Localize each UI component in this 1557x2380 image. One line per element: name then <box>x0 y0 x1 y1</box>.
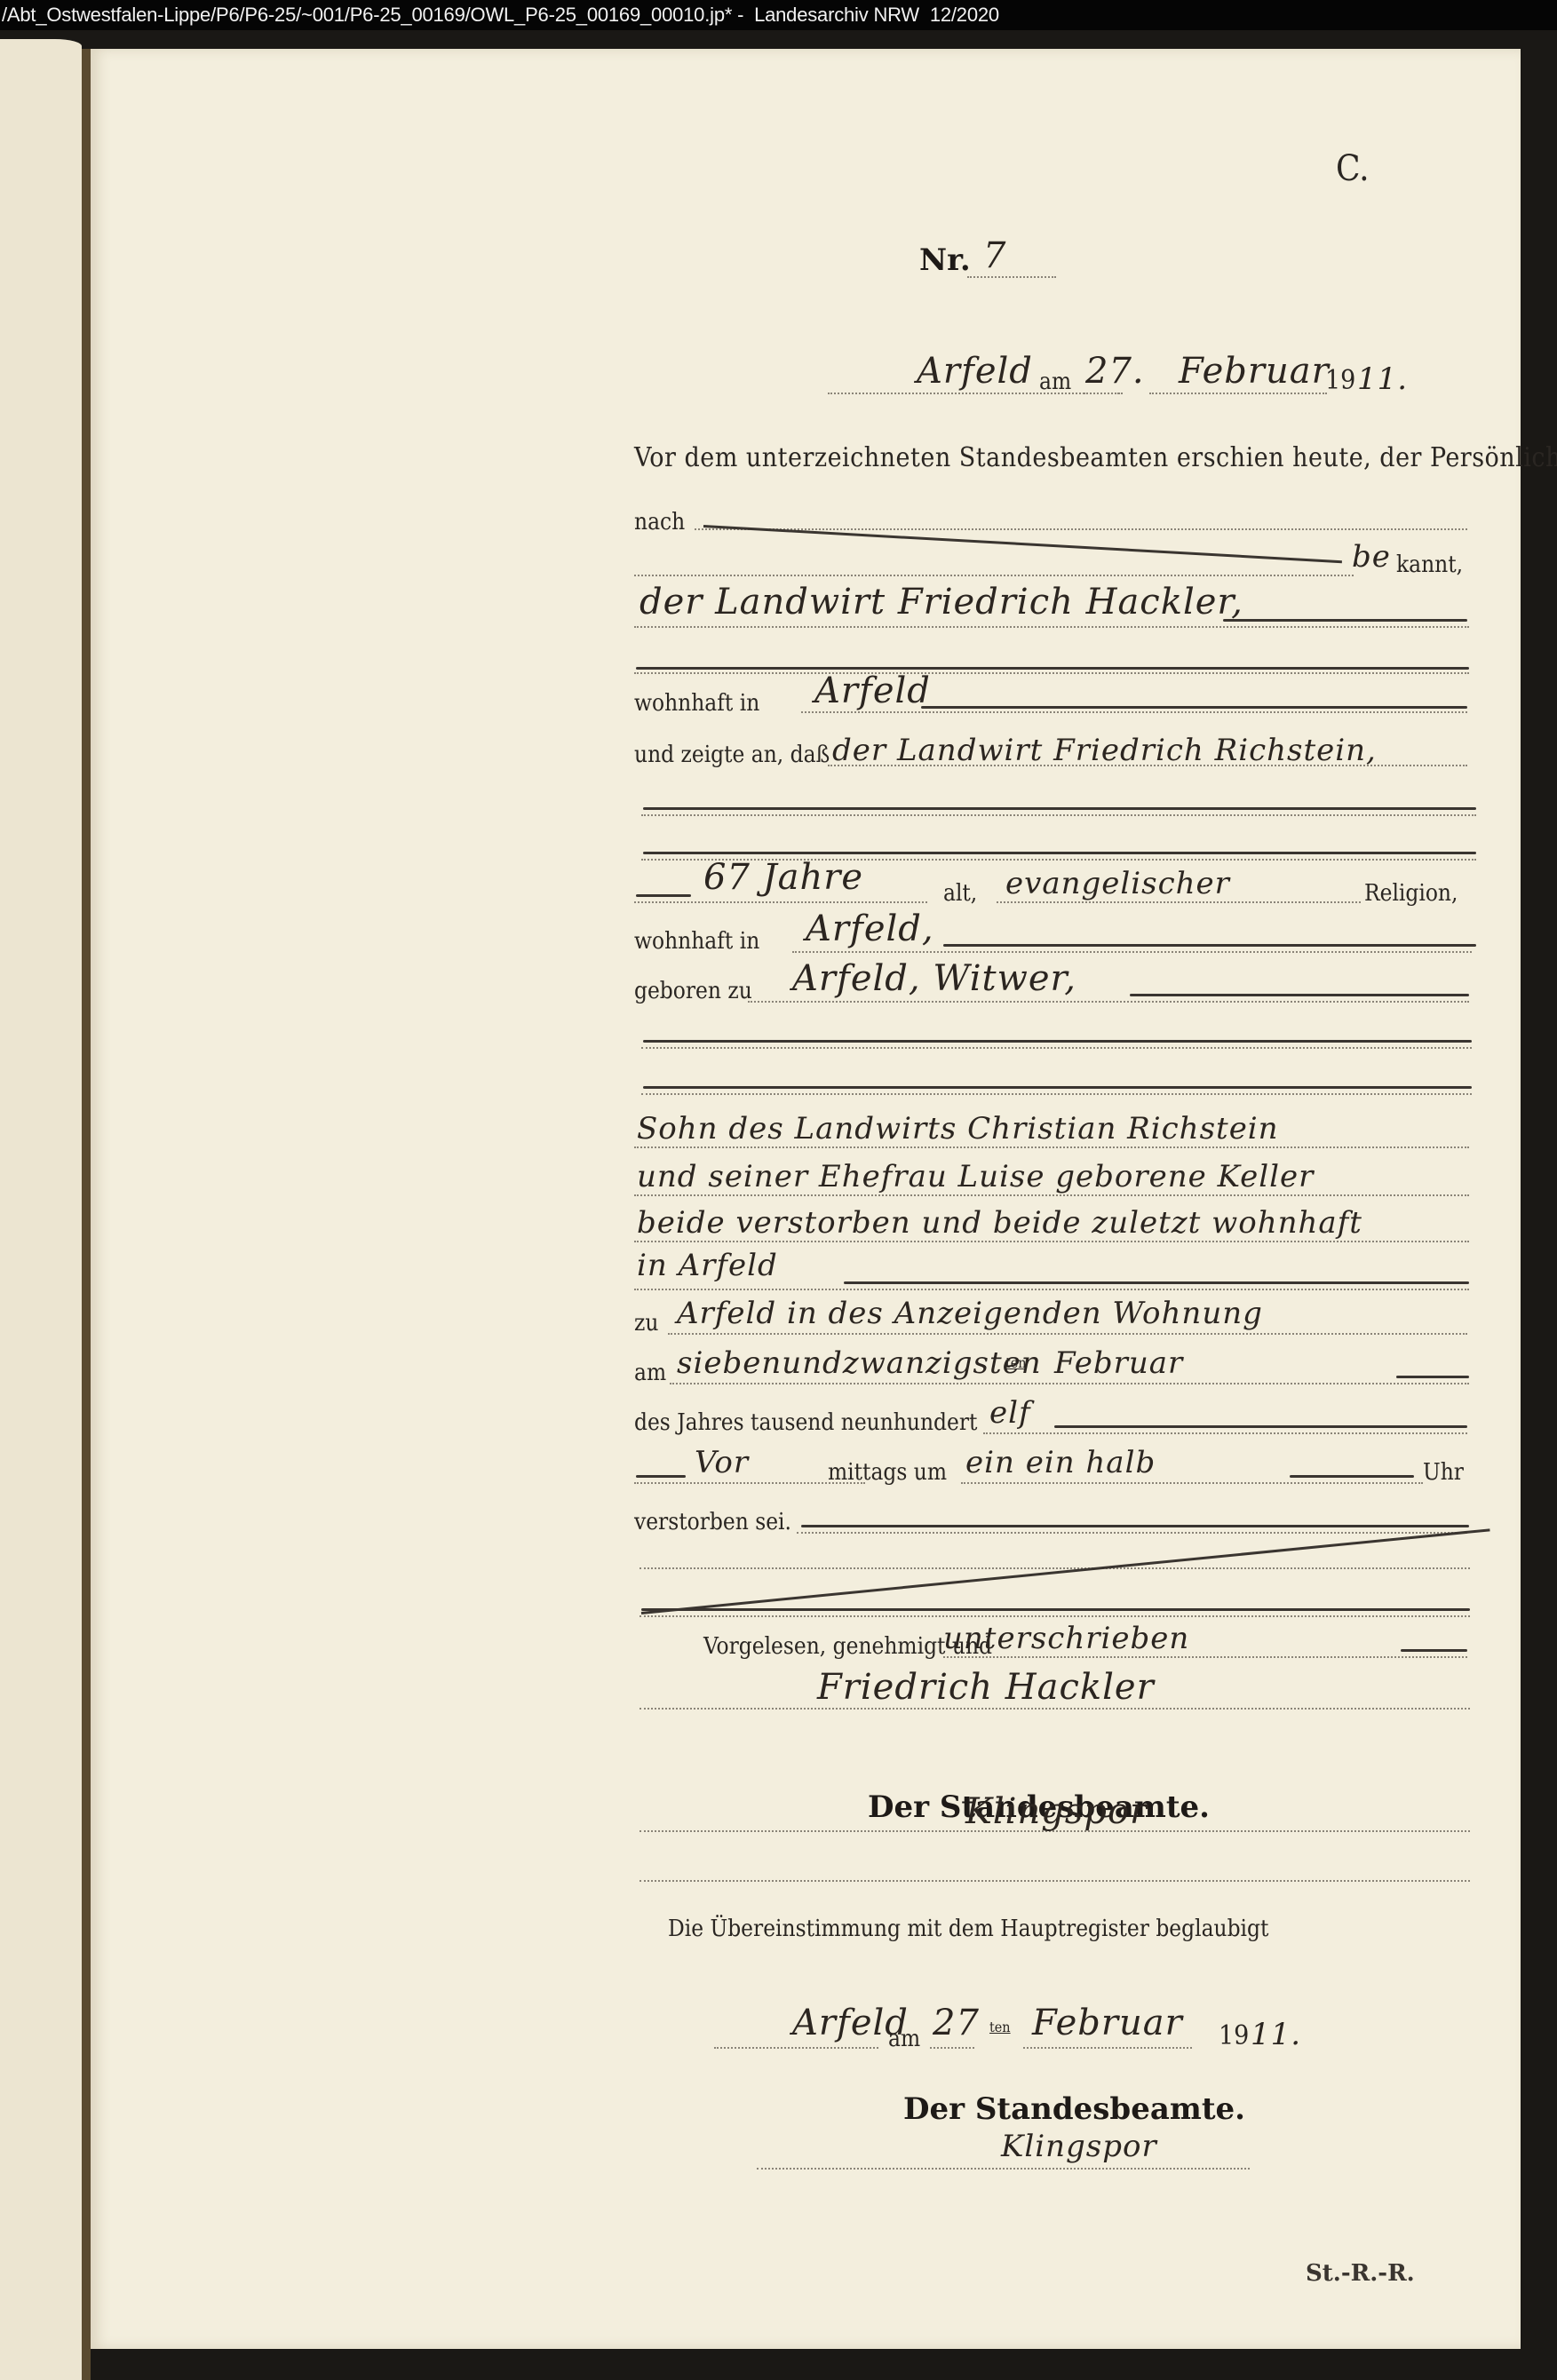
cert-am-label: am <box>888 2026 920 2052</box>
verstorben-dotted-line <box>797 1532 1467 1534</box>
facing-page-edge <box>0 39 82 2380</box>
blank-fill-stroke-1 <box>636 667 1469 670</box>
religion-value: evangelischer <box>1005 866 1230 901</box>
religion-label: Religion, <box>1364 880 1458 907</box>
footer-form-code: St.-R.-R. <box>1306 2260 1415 2287</box>
alt-label: alt, <box>943 880 977 907</box>
vor-nach-value: Vor <box>695 1445 749 1480</box>
death-time-words: ein ein halb <box>965 1445 1156 1480</box>
blank-fill-stroke-2 <box>643 807 1476 810</box>
death-month: Februar <box>1054 1345 1183 1381</box>
year-prefix: 19 <box>1325 365 1355 396</box>
blank-dotted-line-8 <box>639 1880 1470 1882</box>
bekannt-prefix: be <box>1352 539 1391 575</box>
informant-signature: Friedrich Hackler <box>817 1667 1155 1708</box>
deceased-name: der Landwirt Friedrich Richstein, <box>832 733 1377 768</box>
cert-day-dotted-line <box>930 2047 974 2049</box>
wohnhaft-dotted-line-1 <box>801 711 1467 713</box>
official-signature-line-2 <box>757 2168 1250 2170</box>
year-suffix: 11. <box>1357 361 1408 397</box>
jahres-label: des Jahres tausend neunhundert <box>634 1409 977 1436</box>
cert-day: 27 <box>933 2003 980 2043</box>
informant-dotted-line <box>634 626 1469 628</box>
death-year-words: elf <box>989 1395 1031 1431</box>
parents-fill-stroke <box>844 1281 1469 1284</box>
verstorben-fill-stroke <box>801 1525 1469 1527</box>
vor-fill-stroke <box>636 1475 686 1478</box>
informant-name: der Landwirt Friedrich Hackler, <box>639 582 1243 623</box>
month-dotted-line <box>1149 393 1327 394</box>
cert-month-dotted-line <box>1023 2047 1192 2049</box>
parents-dotted-line-2 <box>634 1194 1469 1196</box>
death-date-fill-stroke <box>1396 1376 1469 1378</box>
blank-fill-stroke-7 <box>641 1608 1470 1611</box>
nach-strike-line <box>703 525 1342 563</box>
intro-line: Vor dem unterzeichneten Standesbeamten e… <box>634 442 1557 473</box>
age-dotted-line <box>634 901 927 903</box>
residence-fill-stroke-1 <box>921 706 1467 709</box>
blank-dotted-line-5 <box>641 1093 1472 1095</box>
viewer-title-bar: /Abt_Ostwestfalen-Lippe/P6/P6-25/~001/P6… <box>0 0 1557 30</box>
parents-dotted-line-4 <box>634 1289 1469 1290</box>
cert-year-suffix: 11. <box>1251 2017 1301 2052</box>
zu-label: zu <box>634 1310 658 1337</box>
uhr-label: Uhr <box>1423 1459 1464 1486</box>
blank-fill-stroke-3 <box>643 852 1476 854</box>
place-dotted-line <box>828 393 1123 394</box>
death-date-dotted-line <box>670 1383 1469 1384</box>
cert-place-dotted-line <box>714 2047 878 2049</box>
unterschrieben-fill-stroke <box>1401 1649 1467 1652</box>
informant-residence: Arfeld <box>814 670 931 711</box>
informant-signature-line <box>639 1708 1470 1710</box>
nach-dotted-line <box>695 528 1467 530</box>
blank-fill-stroke-4 <box>643 1040 1472 1043</box>
religion-dotted-line <box>997 901 1361 903</box>
cancellation-diagonal <box>641 1528 1490 1614</box>
time-fill-stroke <box>1290 1475 1414 1478</box>
birthplace-fill-stroke <box>1130 994 1469 996</box>
verstorben-label: verstorben sei. <box>634 1509 791 1535</box>
cert-year-prefix: 19 <box>1219 2020 1249 2051</box>
blank-dotted-line-7 <box>639 1615 1470 1617</box>
form-letter: C. <box>1336 148 1370 189</box>
bekannt-dotted-line <box>634 575 1354 576</box>
unterschrieben-dotted-line <box>943 1656 1467 1658</box>
parents-dotted-line-1 <box>634 1146 1469 1148</box>
deceased-residence: Arfeld, <box>806 908 934 949</box>
cert-month: Februar <box>1032 2003 1183 2043</box>
blank-dotted-line-2 <box>641 814 1476 816</box>
number-label: Nr. <box>919 242 971 278</box>
deceased-age: 67 Jahre <box>703 857 863 898</box>
blank-fill-stroke-5 <box>643 1086 1472 1089</box>
am-label-2: am <box>634 1360 666 1386</box>
parents-dotted-line-3 <box>634 1241 1469 1242</box>
nach-label: nach <box>634 509 685 535</box>
birthplace-status: Arfeld, Witwer, <box>792 958 1076 999</box>
registration-place: Arfeld <box>917 351 1033 392</box>
number-dotted-line <box>967 276 1056 278</box>
mittags-label: mittags um <box>828 1459 947 1486</box>
zeigte-label: und zeigte an, daß <box>634 742 830 768</box>
parents-line-1: Sohn des Landwirts Christian Richstein <box>637 1111 1279 1146</box>
year-fill-stroke <box>1054 1425 1467 1428</box>
blank-dotted-line-6 <box>639 1567 1470 1569</box>
wohnhaft-label-1: wohnhaft in <box>634 690 759 717</box>
unterschrieben-value: unterschrieben <box>943 1621 1189 1656</box>
death-day-suffix: ten <box>1005 1354 1027 1371</box>
death-day-words: siebenundzwanzigsten <box>677 1345 1042 1381</box>
record-number: 7 <box>983 235 1006 276</box>
official-signature-1: Klingspor <box>965 1791 1148 1832</box>
wohnhaft-dotted-line-2 <box>792 951 1472 953</box>
day-dotted-line <box>1084 393 1119 394</box>
blank-dotted-line-1 <box>634 672 1469 674</box>
year-words-dotted-line <box>983 1432 1467 1434</box>
registration-month: Februar <box>1179 351 1330 392</box>
death-place-dotted-line <box>668 1333 1467 1335</box>
blank-dotted-line-4 <box>641 1047 1472 1049</box>
book-gutter <box>82 49 91 2380</box>
geboren-dotted-line <box>748 1001 1469 1003</box>
parents-line-4: in Arfeld <box>637 1248 778 1283</box>
time-dotted-line <box>961 1482 1423 1484</box>
certification-line: Die Übereinstimmung mit dem Hauptregiste… <box>668 1916 1268 1942</box>
parents-line-3: beide verstorben und beide zuletzt wohnh… <box>637 1205 1362 1241</box>
bekannt-suffix: kannt, <box>1396 551 1463 578</box>
death-place: Arfeld in des Anzeigenden Wohnung <box>677 1296 1263 1331</box>
residence-fill-stroke-2 <box>943 944 1476 947</box>
wohnhaft-label-2: wohnhaft in <box>634 928 759 955</box>
official-signature-2: Klingspor <box>1001 2129 1157 2164</box>
parents-line-2: und seiner Ehefrau Luise geborene Keller <box>637 1159 1314 1194</box>
cert-day-suffix: ten <box>989 2019 1011 2035</box>
official-title-2: Der Standesbeamte. <box>903 2091 1245 2127</box>
informant-fill-stroke <box>1223 619 1467 622</box>
am-label: am <box>1039 369 1071 395</box>
geboren-label: geboren zu <box>634 978 752 1004</box>
registration-day: 27. <box>1085 351 1145 392</box>
age-fill-stroke <box>636 894 691 897</box>
register-page: C. Nr. 7 Arfeld am 27. Februar 19 11. Vo… <box>91 49 1521 2349</box>
